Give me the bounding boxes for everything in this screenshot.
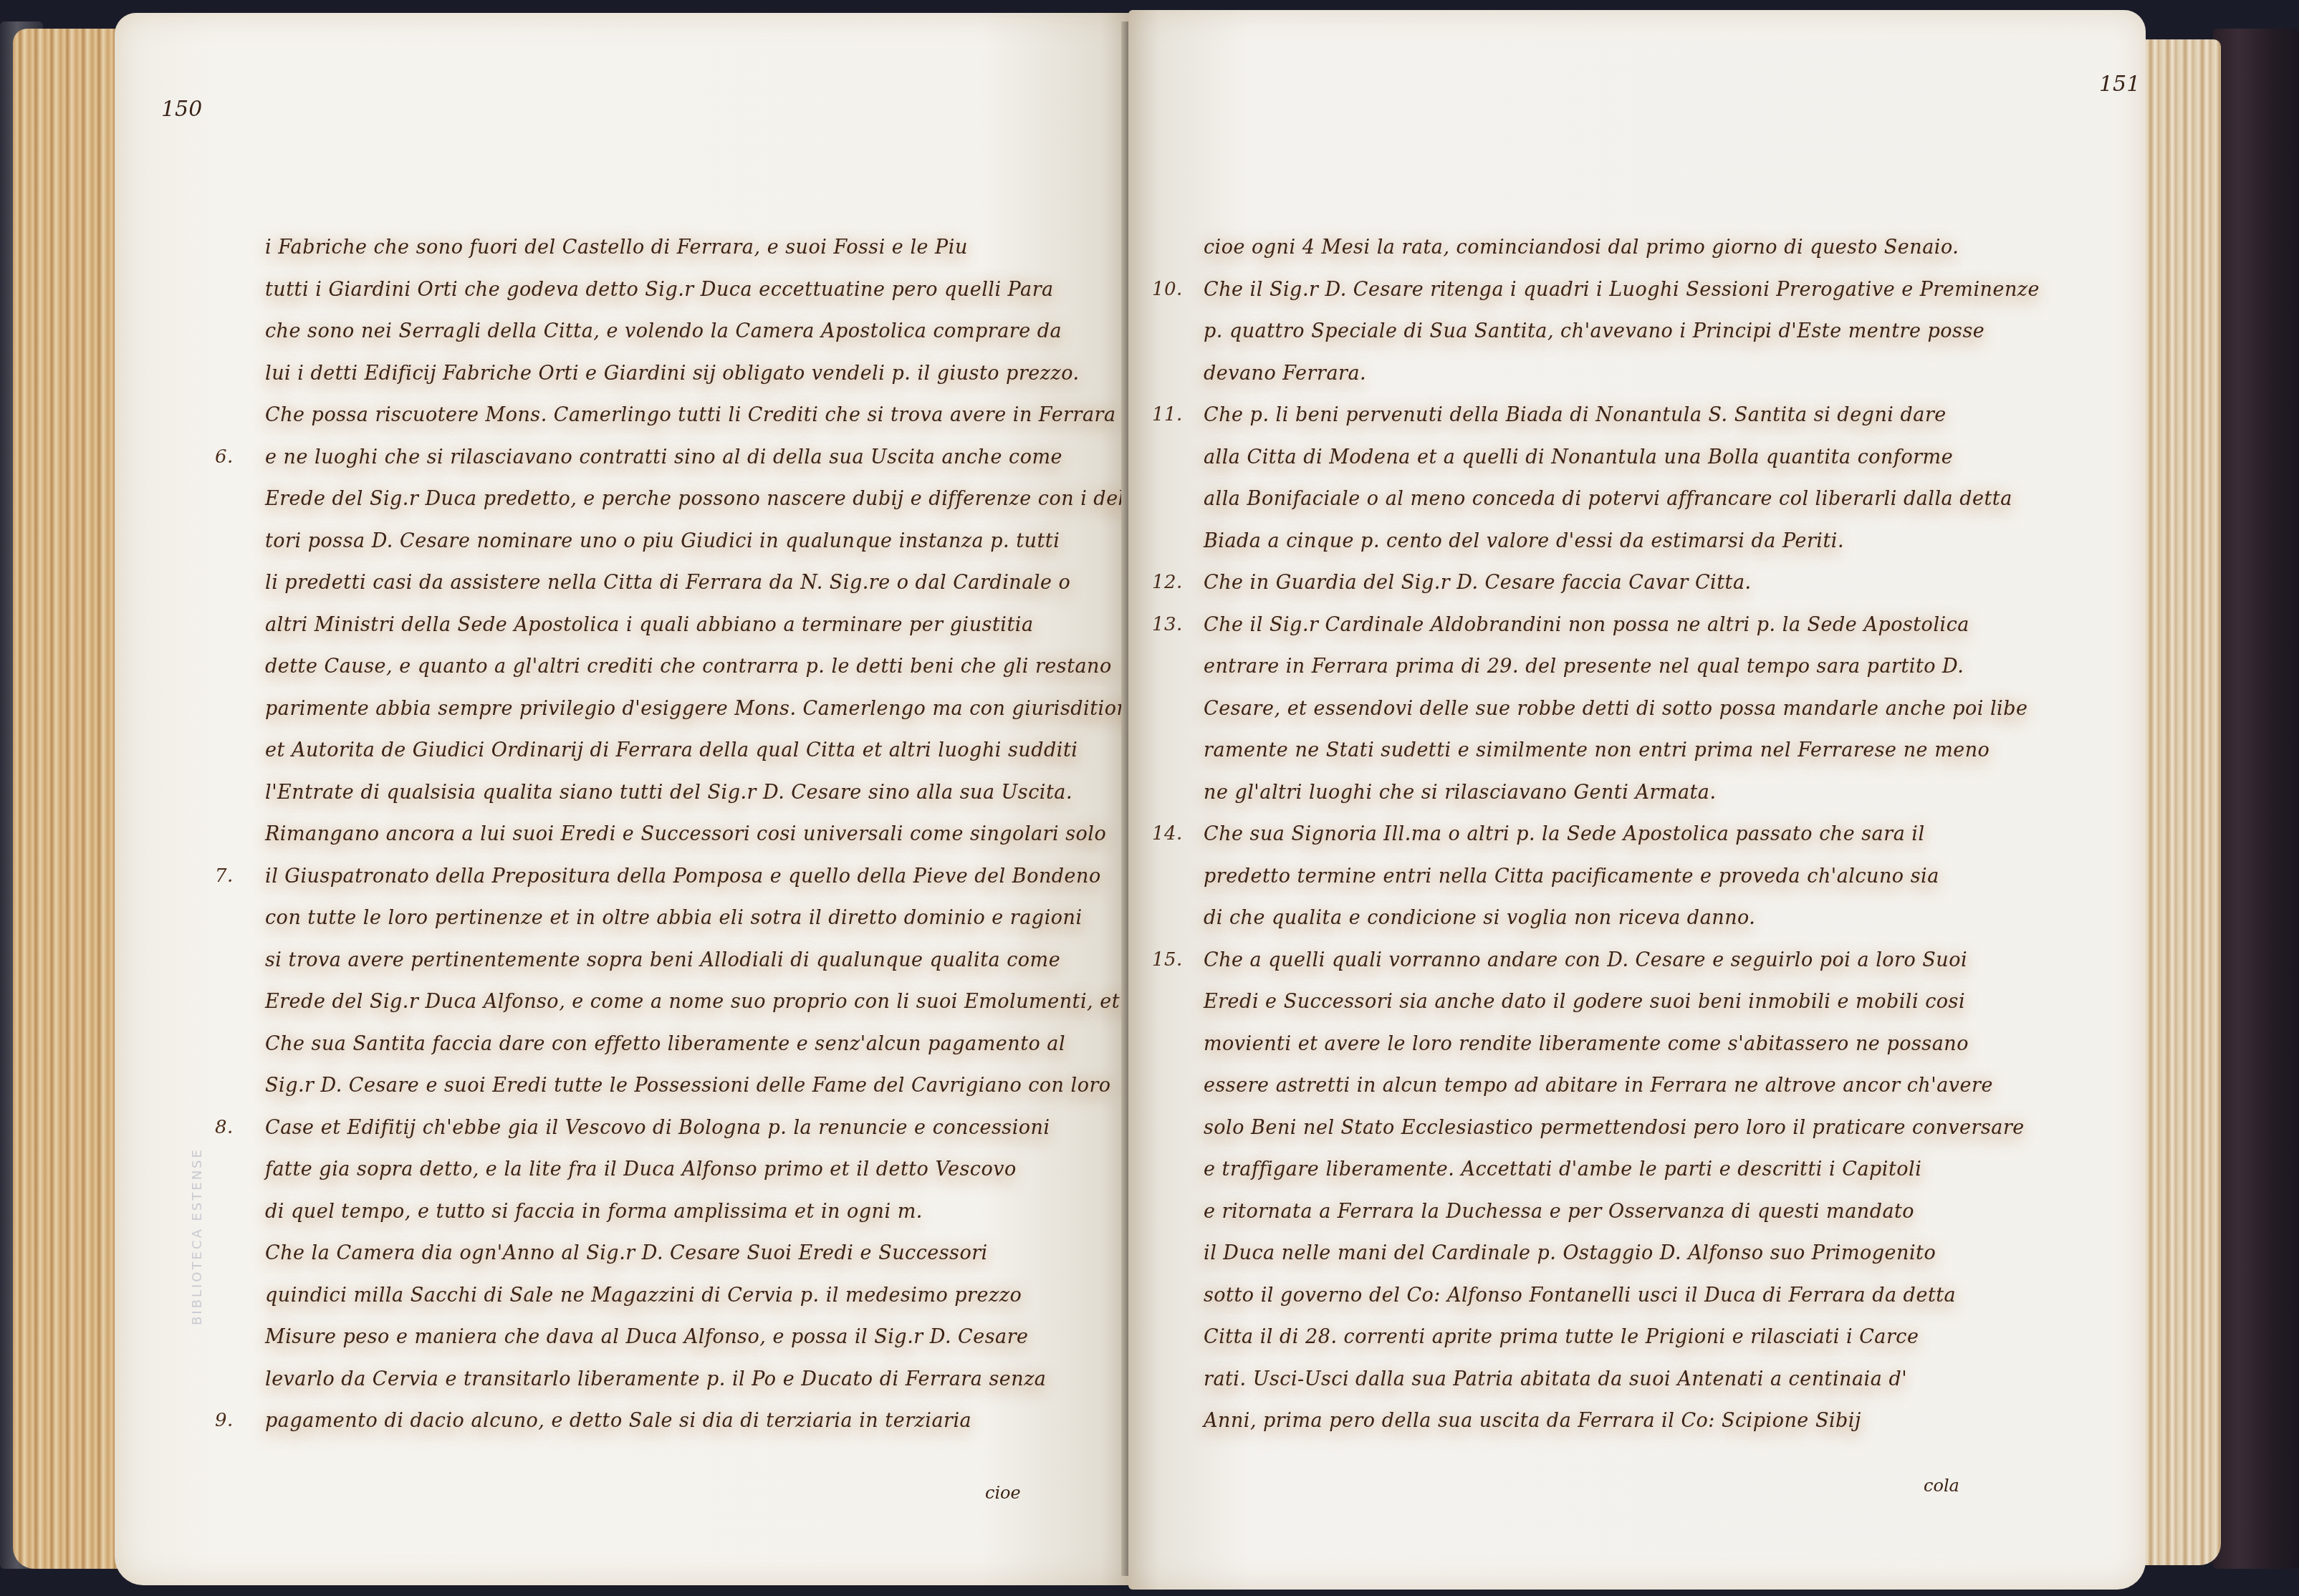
manuscript-line: parimente abbia sempre privilegio d'esig… [265,698,1141,720]
manuscript-line: cioe ogni 4 Mesi la rata, cominciandosi … [1204,236,1959,259]
manuscript-line: Che a quelli quali vorranno andare con D… [1204,949,1967,971]
article-number: 13. [1152,614,1183,635]
manuscript-line: il Giuspatronato della Prepositura della… [265,865,1101,888]
manuscript-line: Misure peso e maniera che dava al Duca A… [265,1326,1029,1348]
catchword-right: cola [1924,1476,1959,1496]
manuscript-line: solo Beni nel Stato Ecclesiastico permet… [1204,1117,2025,1139]
manuscript-line: Rimangano ancora a lui suoi Eredi e Succ… [265,823,1106,845]
manuscript-line: li predetti casi da assistere nella Citt… [265,572,1070,594]
manuscript-line: si trova avere pertinentemente sopra ben… [265,949,1060,971]
manuscript-line: Erede del Sig.r Duca predetto, e perche … [265,488,1131,510]
manuscript-line: Che il Sig.r Cardinale Aldobrandini non … [1204,614,1969,636]
manuscript-line: dette Cause, e quanto a gl'altri crediti… [265,655,1112,678]
article-number: 11. [1152,404,1183,426]
manuscript-line: i Fabriche che sono fuori del Castello d… [265,236,968,259]
manuscript-line: Sig.r D. Cesare e suoi Eredi tutte le Po… [265,1075,1111,1097]
manuscript-line: predetto termine entri nella Citta pacif… [1204,865,1939,888]
page-edges-left [13,29,120,1569]
article-number: 8. [215,1117,234,1138]
manuscript-line: Che possa riscuotere Mons. Camerlingo tu… [265,404,1116,426]
article-number: 7. [215,865,234,887]
article-number: 6. [215,446,234,468]
manuscript-line: lui i detti Edificij Fabriche Orti e Gia… [265,362,1080,385]
manuscript-line: rati. Usci-Usci dalla sua Patria abitata… [1204,1368,1907,1390]
manuscript-line: Case et Edifitij ch'ebbe gia il Vescovo … [265,1117,1050,1139]
manuscript-line: altri Ministri della Sede Apostolica i q… [265,614,1034,636]
manuscript-line: sotto il governo del Co: Alfonso Fontane… [1204,1284,1956,1307]
manuscript-line: di che qualita e condicione si voglia no… [1204,907,1755,929]
manuscript-line: il Duca nelle mani del Cardinale p. Osta… [1204,1242,1936,1264]
article-number: 9. [215,1410,234,1431]
manuscript-line: Biada a cinque p. cento del valore d'ess… [1204,530,1844,552]
manuscript-line: pagamento di dacio alcuno, e detto Sale … [265,1410,971,1432]
article-number: 10. [1152,279,1183,300]
manuscript-line: Anni, prima pero della sua uscita da Fer… [1204,1410,1861,1432]
folio-number-left: 150 [161,97,202,122]
manuscript-line: levarlo da Cervia e transitarlo liberame… [265,1368,1046,1390]
manuscript-line: Che sua Signoria Ill.ma o altri p. la Se… [1204,823,1925,845]
manuscript-line: che sono nei Serragli della Citta, e vol… [265,320,1062,342]
manuscript-line: p. quattro Speciale di Sua Santita, ch'a… [1204,320,1984,342]
manuscript-line: alla Citta di Modena et a quelli di Nona… [1204,446,1953,468]
manuscript-line: fatte gia sopra detto, e la lite fra il … [265,1158,1017,1181]
manuscript-line: e ritornata a Ferrara la Duchessa e per … [1204,1201,1914,1223]
manuscript-line: Eredi e Successori sia anche dato il god… [1204,991,1965,1013]
manuscript-line: ne gl'altri luoghi che si rilasciavano G… [1204,782,1717,804]
page-edges-right [2142,39,2221,1565]
manuscript-line: alla Bonifaciale o al meno conceda di po… [1204,488,2012,510]
manuscript-line: quindici milla Sacchi di Sale ne Magazzi… [265,1284,1022,1307]
manuscript-line: tutti i Giardini Orti che godeva detto S… [265,279,1054,301]
manuscript-line: Che la Camera dia ogn'Anno al Sig.r D. C… [265,1242,988,1264]
manuscript-line: Che il Sig.r D. Cesare ritenga i quadri … [1204,279,2040,301]
manuscript-line: e traffigare liberamente. Accettati d'am… [1204,1158,1921,1181]
article-number: 14. [1152,823,1183,845]
folio-number-right: 151 [2099,72,2140,97]
manuscript-line: di quel tempo, e tutto si faccia in form… [265,1201,923,1223]
manuscript-line: Cesare, et essendovi delle sue robbe det… [1204,698,2028,720]
manuscript-line: Che sua Santita faccia dare con effetto … [265,1033,1065,1055]
article-number: 15. [1152,949,1183,971]
manuscript-line: tori possa D. Cesare nominare uno o piu … [265,530,1060,552]
manuscript-line: l'Entrate di qualsisia qualita siano tut… [265,782,1072,804]
manuscript-line: Che p. li beni pervenuti della Biada di … [1204,404,1947,426]
manuscript-line: con tutte le loro pertinenze et in oltre… [265,907,1083,929]
manuscript-line: e ne luoghi che si rilasciavano contratt… [265,446,1062,468]
manuscript-line: Citta il di 28. correnti aprite prima tu… [1204,1326,1919,1348]
manuscript-line: essere astretti in alcun tempo ad abitar… [1204,1075,1993,1097]
manuscript-line: movienti et avere le loro rendite libera… [1204,1033,1969,1055]
manuscript-line: entrare in Ferrara prima di 29. del pres… [1204,655,1964,678]
book-cover-right [2213,29,2299,1569]
manuscript-line: devano Ferrara. [1204,362,1366,385]
manuscript-line: Che in Guardia del Sig.r D. Cesare facci… [1204,572,1752,594]
manuscript-line: Erede del Sig.r Duca Alfonso, e come a n… [265,991,1227,1013]
article-number: 12. [1152,572,1183,593]
manuscript-line: ramente ne Stati sudetti e similmente no… [1204,739,1990,761]
catchword-left: cioe [985,1483,1021,1503]
manuscript-line: et Autorita de Giudici Ordinarij di Ferr… [265,739,1077,761]
